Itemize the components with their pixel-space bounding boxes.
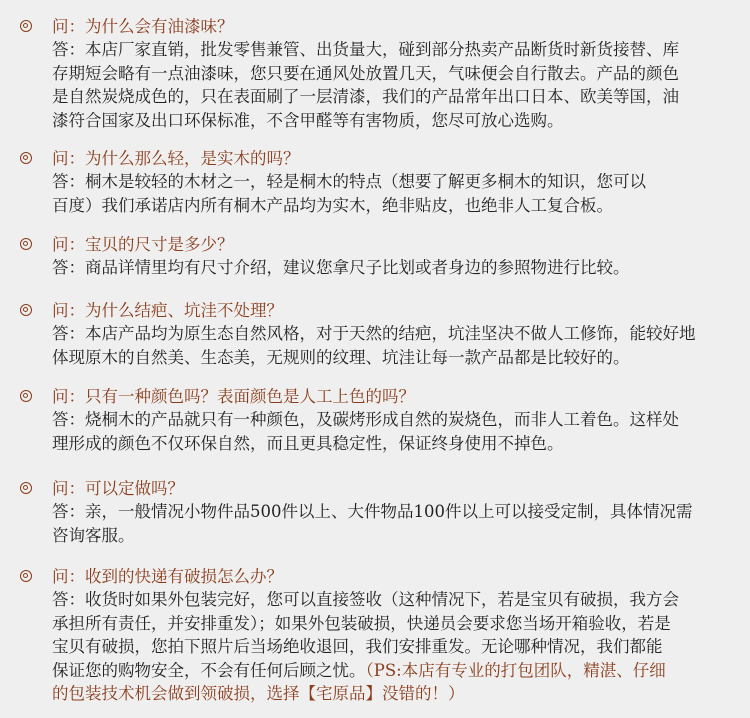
answer-line: 理形成的颜色不仅环保自然，而且更具稳定性，保证终身使用不掉色。 (52, 432, 724, 456)
faq-answer: 答：桐木是较轻的木材之一，轻是桐木的特点（想要了解更多桐木的知识，您可以 百度）… (52, 170, 724, 217)
answer-line: 答：亲，一般情况小物件品500件以上、大件物品100件以上可以接受定制，具体情况… (52, 500, 724, 524)
answer-line: 答：本店厂家直销，批发零售兼管、出货量大，碰到部分热卖产品断货时新货接替、库 (52, 38, 724, 62)
double-circle-bullet-icon (20, 390, 32, 402)
faq-answer: 答：亲，一般情况小物件品500件以上、大件物品100件以上可以接受定制，具体情况… (52, 500, 724, 547)
answer-line: 宝贝有破损，您拍下照片后当场绝收退回，我们安排重发。无论哪种情况，我们都能 (52, 635, 724, 659)
answer-line: 答：收货时如果外包装完好，您可以直接签收（这种情况下，若是宝贝有破损，我方会 (52, 588, 724, 612)
double-circle-bullet-icon (20, 152, 32, 164)
faq-question: 问：收到的快递有破损怎么办？ (52, 566, 283, 588)
answer-line: 体现原木的自然美、生态美，无规则的纹理、坑洼让每一款产品都是比较好的。 (52, 346, 724, 370)
faq-question: 问：只有一种颜色吗？表面颜色是人工上色的吗？ (52, 386, 415, 408)
answer-line: 答：商品详情里均有尺寸介绍，建议您拿尺子比划或者身边的参照物进行比较。 (52, 256, 724, 280)
faq-question: 问：宝贝的尺寸是多少？ (52, 234, 234, 256)
double-circle-bullet-icon (20, 20, 32, 32)
faq-question: 问：为什么那么轻，是实木的吗？ (52, 148, 300, 170)
answer-line: 承担所有责任，并安排重发）；如果外包装破损，快递员会要求您当场开箱验收，若是 (52, 612, 724, 636)
faq-answer: 答：收货时如果外包装完好，您可以直接签收（这种情况下，若是宝贝有破损，我方会 承… (52, 588, 724, 706)
answer-line: 答：烧桐木的产品就只有一种颜色，及碳烤形成自然的炭烧色，而非人工着色。这样处 (52, 408, 724, 432)
faq-answer: 答：本店厂家直销，批发零售兼管、出货量大，碰到部分热卖产品断货时新货接替、库 存… (52, 38, 724, 132)
answer-line: 保证您的购物安全，不会有任何后顾之忧。（PS:本店有专业的打包团队，精湛、仔细 (52, 659, 724, 683)
answer-line: 漆符合国家及出口环保标准，不含甲醛等有害物质，您尽可放心选购。 (52, 109, 724, 133)
answer-line: 是自然炭烧成色的，只在表面刷了一层清漆，我们的产品常年出口日本、欧美等国，油 (52, 85, 724, 109)
double-circle-bullet-icon (20, 238, 32, 250)
double-circle-bullet-icon (20, 570, 32, 582)
faq-question: 问：可以定做吗？ (52, 478, 184, 500)
answer-line: 百度）我们承诺店内所有桐木产品均为实木，绝非贴皮，也绝非人工复合板。 (52, 194, 724, 218)
answer-line: 咨询客服。 (52, 524, 724, 548)
faq-answer: 答：商品详情里均有尺寸介绍，建议您拿尺子比划或者身边的参照物进行比较。 (52, 256, 724, 280)
faq-question: 问：为什么结疤、坑洼不处理？ (52, 300, 283, 322)
double-circle-bullet-icon (20, 304, 32, 316)
faq-answer: 答：本店产品均为原生态自然风格，对于天然的结疤，坑洼坚决不做人工修饰，能较好地 … (52, 322, 724, 369)
double-circle-bullet-icon (20, 482, 32, 494)
faq-answer: 答：烧桐木的产品就只有一种颜色，及碳烤形成自然的炭烧色，而非人工着色。这样处 理… (52, 408, 724, 455)
answer-text: 保证您的购物安全，不会有任何后顾之忧。 (52, 661, 366, 680)
faq-section: 问：为什么会有油漆味？ 答：本店厂家直销，批发零售兼管、出货量大，碰到部分热卖产… (0, 0, 750, 718)
answer-line: 答：本店产品均为原生态自然风格，对于天然的结疤，坑洼坚决不做人工修饰，能较好地 (52, 322, 724, 346)
faq-question: 问：为什么会有油漆味？ (52, 16, 234, 38)
answer-line: 答：桐木是较轻的木材之一，轻是桐木的特点（想要了解更多桐木的知识，您可以 (52, 170, 724, 194)
ps-note: （PS:本店有专业的打包团队，精湛、仔细 (366, 661, 666, 680)
answer-line: 存期短会略有一点油漆味，您只要在通风处放置几天，气味便会自行散去。产品的颜色 (52, 62, 724, 86)
ps-note: 的包装技术机会做到领破损，选择【宅原品】没错的！） (52, 682, 724, 706)
